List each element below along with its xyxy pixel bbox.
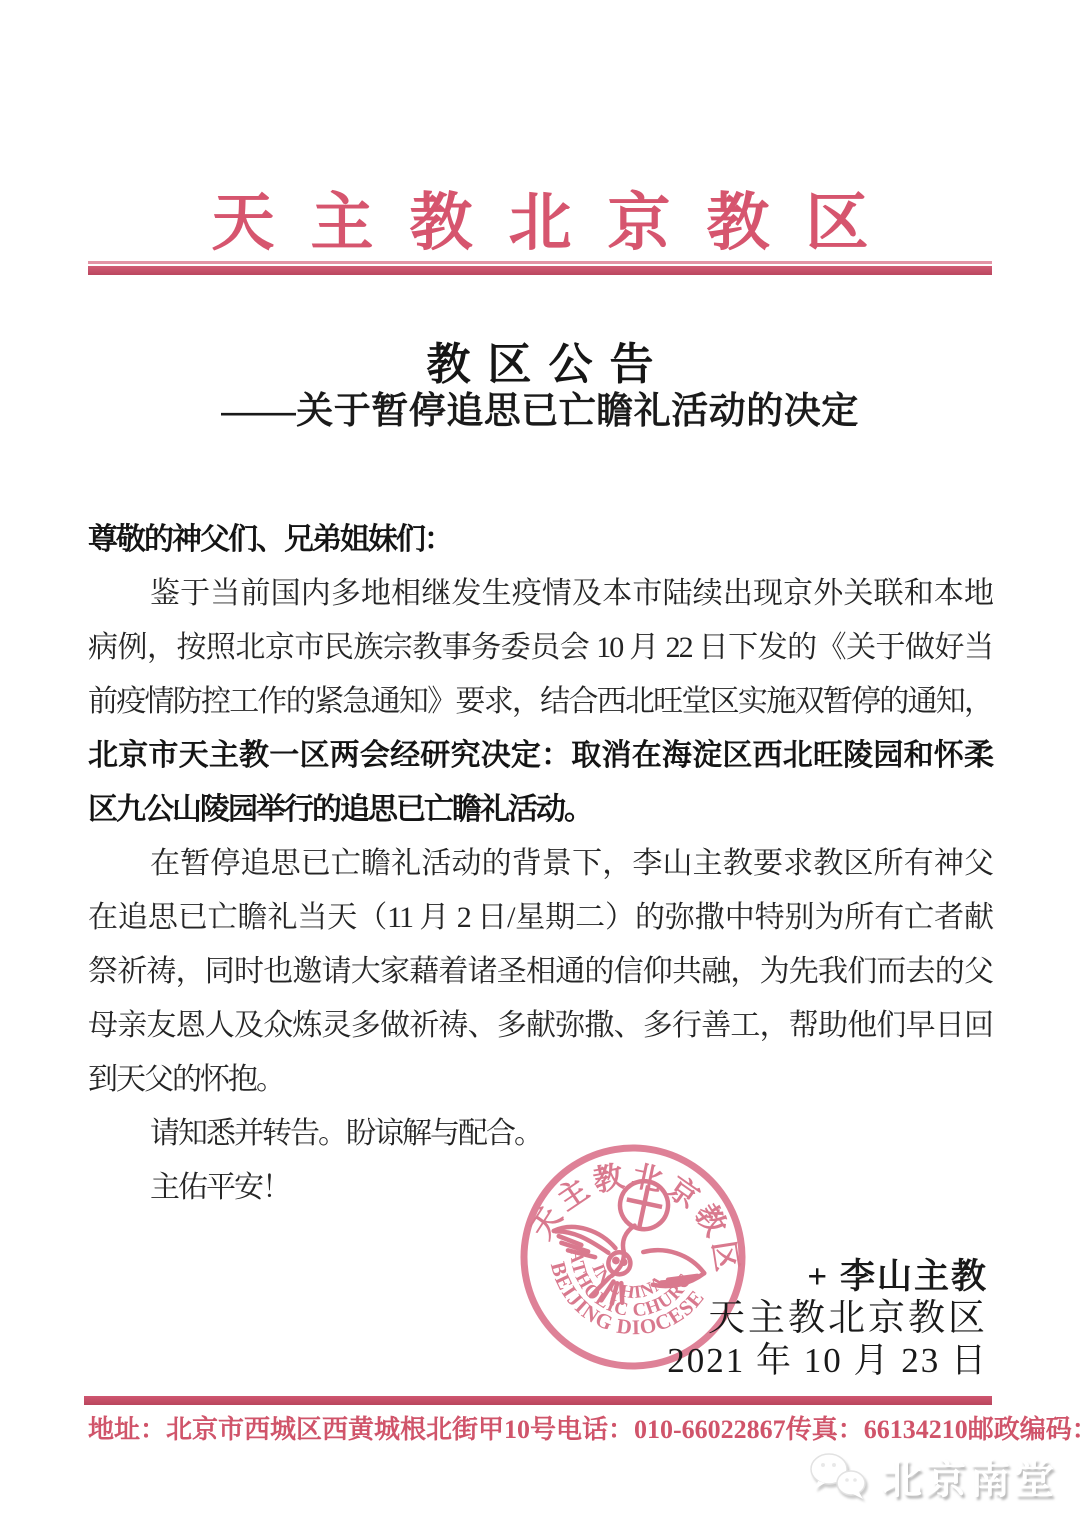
body-line: 在暂停追思已亡瞻礼活动的背景下，李山主教要求教区所有神父 bbox=[88, 837, 992, 891]
signature-block: + 李山主教 天主教北京教区 2021 年 10 月 23 日 bbox=[667, 1256, 988, 1382]
body-line: 鉴于当前国内多地相继发生疫情及本市陆续出现京外关联和本地 bbox=[88, 567, 992, 621]
signature-bishop-name: + 李山主教 bbox=[667, 1256, 988, 1298]
doc-subtitle: ——关于暂停追思已亡瞻礼活动的决定 bbox=[0, 380, 1080, 434]
letterhead-title: 天主教北京教区 bbox=[0, 172, 1080, 263]
footer-contact-row: 地址：北京市西城区西黄城根北街甲10号 电话：010-66022867 传真：6… bbox=[88, 1409, 992, 1446]
signature-diocese: 天主教北京教区 bbox=[667, 1298, 988, 1339]
footer-divider bbox=[84, 1396, 992, 1405]
body-line: 母亲友恩人及众炼灵多做祈祷、多献弥撒、多行善工，帮助他们早日回 bbox=[88, 999, 992, 1053]
footer-fax: 传真：66134210 bbox=[786, 1409, 968, 1446]
body-line: 病例，按照北京市民族宗教事务委员会 10 月 22 日下发的《关于做好当 bbox=[88, 621, 992, 675]
footer-phone: 电话：010-66022867 bbox=[556, 1409, 786, 1446]
salutation: 尊敬的神父们、兄弟姐妹们： bbox=[88, 513, 992, 567]
body-line-bold: 北京市天主教一区两会经研究决定：取消在海淀区西北旺陵园和怀柔 bbox=[88, 729, 992, 783]
letterhead-divider bbox=[88, 261, 992, 275]
announcement-document: 天主教北京教区 教区公告 ——关于暂停追思已亡瞻礼活动的决定 尊敬的神父们、兄弟… bbox=[0, 0, 1080, 1526]
signature-date: 2021 年 10 月 23 日 bbox=[667, 1339, 988, 1382]
body-line: 前疫情防控工作的紧急通知》要求，结合西北旺堂区实施双暂停的通知， bbox=[88, 675, 992, 729]
body-line: 到天父的怀抱。 bbox=[88, 1053, 992, 1107]
wechat-icon bbox=[806, 1450, 872, 1504]
letter-body: 尊敬的神父们、兄弟姐妹们： 鉴于当前国内多地相继发生疫情及本市陆续出现京外关联和… bbox=[88, 513, 992, 1215]
body-line: 在追思已亡瞻礼当天（11 月 2 日/星期二）的弥撒中特别为所有亡者献 bbox=[88, 891, 992, 945]
body-line: 祭祈祷，同时也邀请大家藉着诸圣相通的信仰共融，为先我们而去的父 bbox=[88, 945, 992, 999]
watermark: 北京南堂 bbox=[806, 1448, 1058, 1505]
divider-thick-line bbox=[88, 266, 992, 275]
body-line-bold: 区九公山陵园举行的追思已亡瞻礼活动。 bbox=[88, 783, 992, 837]
footer-address: 地址：北京市西城区西黄城根北街甲10号 bbox=[88, 1409, 556, 1446]
divider-thin-line bbox=[88, 261, 992, 264]
watermark-label: 北京南堂 bbox=[882, 1448, 1058, 1505]
footer-postal: 邮政编码：100034 bbox=[968, 1409, 1080, 1446]
